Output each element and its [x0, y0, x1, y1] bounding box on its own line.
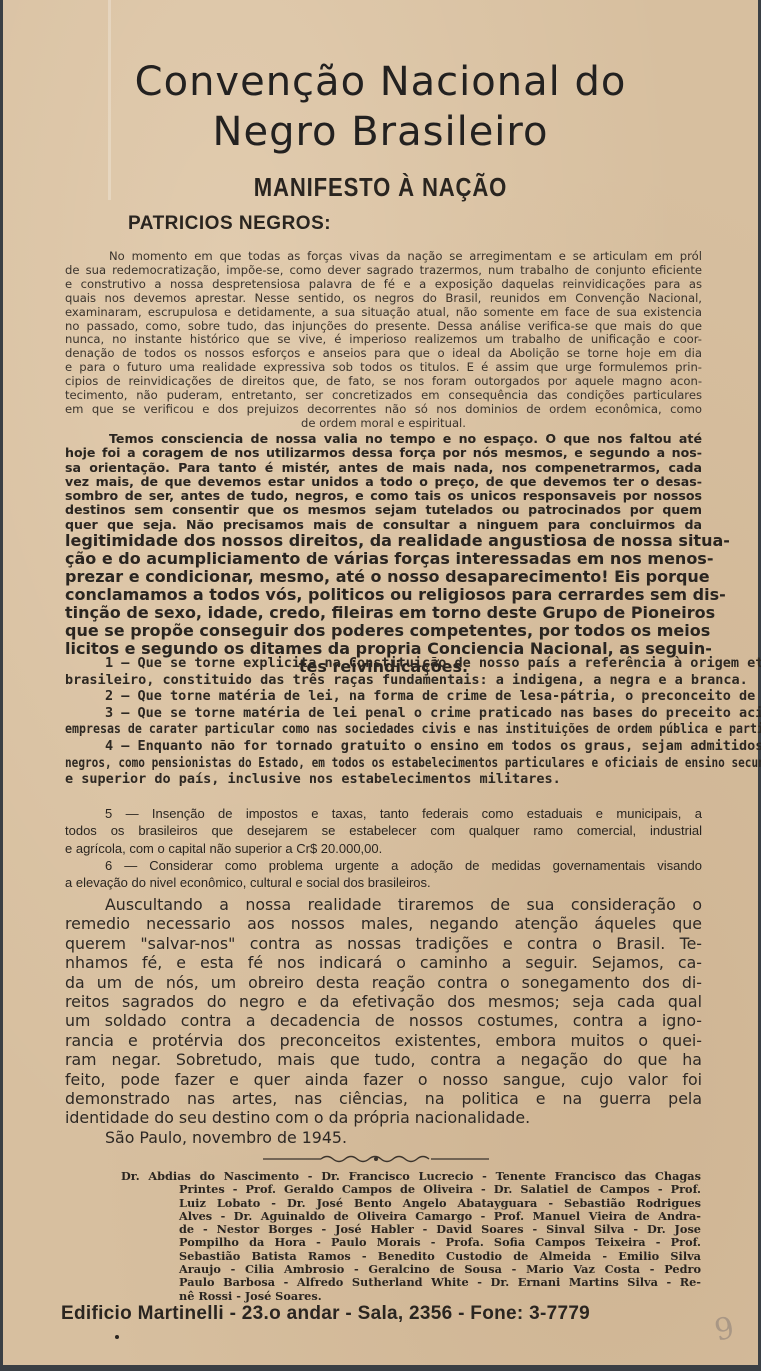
demand-2: 2 — Que torne matéria de lei, na forma d… [65, 688, 702, 705]
text-line: no passado, como, sobre tudo, das injunç… [65, 320, 702, 334]
text-line: da um de nós, um obreiro desta reação co… [65, 973, 702, 992]
text-line: e para o futuro uma realidade expressiva… [65, 361, 702, 375]
text-line: identidade do seu destino com o da própr… [65, 1108, 702, 1127]
text-line: ção e do acumpliciamento de várias força… [65, 550, 702, 568]
ornament-divider-icon [261, 1153, 491, 1165]
demands-list-bold: 1 — Que se torne explicita na Constituiç… [65, 655, 702, 788]
signatory-line: Dr. Abdias do Nascimento - Dr. Francisco… [121, 1170, 701, 1183]
text-line: remedio necessario aos nossos males, neg… [65, 914, 702, 933]
demand-4-cont: e superior do país, inclusive nos estabe… [65, 771, 702, 788]
text-line: denação de todos os nossos esforços e an… [65, 347, 702, 361]
text-line: hoje foi a coragem de nos utilizarmos de… [65, 446, 702, 460]
text-line: tecimento, não puderam, entretanto, ser … [65, 389, 702, 403]
demand-4: 4 — Enquanto não for tornado gratuito o … [65, 738, 702, 755]
text-line: um soldado contra a decadencia de nossos… [65, 1011, 702, 1030]
text-line: Auscultando a nossa realidade tiraremos … [65, 895, 702, 914]
demand-5-cont: e agrícola, com o capital não superior a… [65, 840, 702, 857]
text-line: nhamos fé, e esta fé nos indicará o cami… [65, 953, 702, 972]
demand-6-cont: a elevação do nivel econômico, cultural … [65, 874, 702, 891]
text-line: nunca, no instante histórico que se vive… [65, 333, 702, 347]
demand-4-cont: negros, como pensionistas do Estado, em … [65, 755, 587, 772]
demands-list-plain: 5 — Insenção de impostos e taxas, tanto … [65, 805, 702, 891]
demand-5: 5 — Insenção de impostos e taxas, tanto … [65, 805, 702, 822]
text-line: demonstrado nas artes, nas ciências, na … [65, 1089, 702, 1108]
text-line: conclamamos a todos vós, politicos ou re… [65, 586, 702, 604]
place-date: São Paulo, novembro de 1945. [65, 1128, 702, 1147]
title-line-1: Convenção Nacional do [3, 58, 758, 106]
text-line: de ordem moral e espiritual. [65, 417, 702, 431]
text-line: sombro de ser, antes de tudo, negros, e … [65, 489, 702, 503]
signatory-line: nê Rossi - José Soares. [121, 1290, 701, 1303]
text-line: destinos sem consentir que os mesmos sej… [65, 503, 702, 517]
text-line: e construtivo a nossa despretensiosa pal… [65, 278, 702, 292]
greeting: PATRICIOS NEGROS: [128, 213, 331, 235]
demand-5-cont: todos os brasileiros que desejarem se es… [65, 822, 702, 839]
signatory-line: Araujo - Cilia Ambrosio - Geralcino de S… [121, 1263, 701, 1276]
footer-address: Edificio Martinelli - 23.o andar - Sala,… [61, 1303, 681, 1325]
text-line: prezar e condicionar, mesmo, até o nosso… [65, 568, 702, 586]
demand-1-cont: brasileiro, constituido das três raças f… [65, 672, 702, 689]
text-line: feito, pode fazer e quer ainda fazer o n… [65, 1070, 702, 1089]
text-line: ram negar. Sobretudo, mais que tudo, con… [65, 1050, 702, 1069]
text-line: quer que seja. Não precisamos mais de co… [65, 518, 702, 532]
text-line: vez mais, de que devemos estar unidos a … [65, 475, 702, 489]
subtitle: MANIFESTO À NAÇÃO [60, 172, 702, 203]
text-line: de sua redemocratização, impõe-se, como … [65, 264, 702, 278]
signatories: Dr. Abdias do Nascimento - Dr. Francisco… [121, 1170, 701, 1303]
paragraph-2: Temos consciencia de nossa valia no temp… [65, 432, 702, 676]
text-line: No momento em que todas as forças vivas … [65, 250, 702, 264]
demand-3: 3 — Que se torne matéria de lei penal o … [65, 705, 702, 722]
signatory-line: Sebastião Batista Ramos - Benedito Custo… [121, 1250, 701, 1263]
text-line: reitos sagrados do negro e da efetivação… [65, 992, 702, 1011]
text-line: cipios de reinvidicações de direitos que… [65, 375, 702, 389]
text-line: examinaram, escrupulosa e detidamente, a… [65, 306, 702, 320]
demand-3-cont: empresas de carater particular como nas … [65, 721, 613, 738]
pencil-mark: 9 [712, 1310, 738, 1348]
demand-6: 6 — Considerar como problema urgente a a… [65, 857, 702, 874]
signatory-line: Printes - Prof. Geraldo Campos de Olivei… [121, 1183, 701, 1196]
title-line-2: Negro Brasileiro [3, 108, 758, 156]
text-line: em que se verificou e dos prejuizos deco… [65, 403, 702, 417]
text-line: tinção de sexo, idade, credo, fileiras e… [65, 604, 702, 622]
text-line: quais nos devemos aprestar. Nesse sentid… [65, 292, 702, 306]
signatory-line: Luiz Lobato - Dr. José Bento Angelo Abat… [121, 1197, 701, 1210]
demand-1: 1 — Que se torne explicita na Constituiç… [65, 655, 702, 672]
text-line: legitimidade dos nossos direitos, da rea… [65, 532, 702, 550]
text-line: sa orientação. Para tanto é mistér, ante… [65, 461, 702, 475]
text-line: rancia e protérvia dos preconceitos exis… [65, 1031, 702, 1050]
ink-speck [115, 1335, 119, 1339]
signatory-line: Paulo Barbosa - Alfredo Sutherland White… [121, 1276, 701, 1289]
signatory-line: Alves - Dr. Aguinaldo de Oliveira Camarg… [121, 1210, 701, 1223]
paragraph-1: No momento em que todas as forças vivas … [65, 250, 702, 431]
paragraph-3: Auscultando a nossa realidade tiraremos … [65, 895, 702, 1147]
text-line: que se propõe conseguir dos poderes comp… [65, 622, 702, 640]
text-line: querem "salvar-nos" contra as nossas tra… [65, 934, 702, 953]
text-line: Temos consciencia de nossa valia no temp… [65, 432, 702, 446]
signatory-line: de - Nestor Borges - José Habler - David… [121, 1223, 701, 1236]
manifesto-page: Convenção Nacional do Negro Brasileiro M… [3, 0, 758, 1365]
signatory-line: Pompilho da Hora - Paulo Morais - Profa.… [121, 1236, 701, 1249]
